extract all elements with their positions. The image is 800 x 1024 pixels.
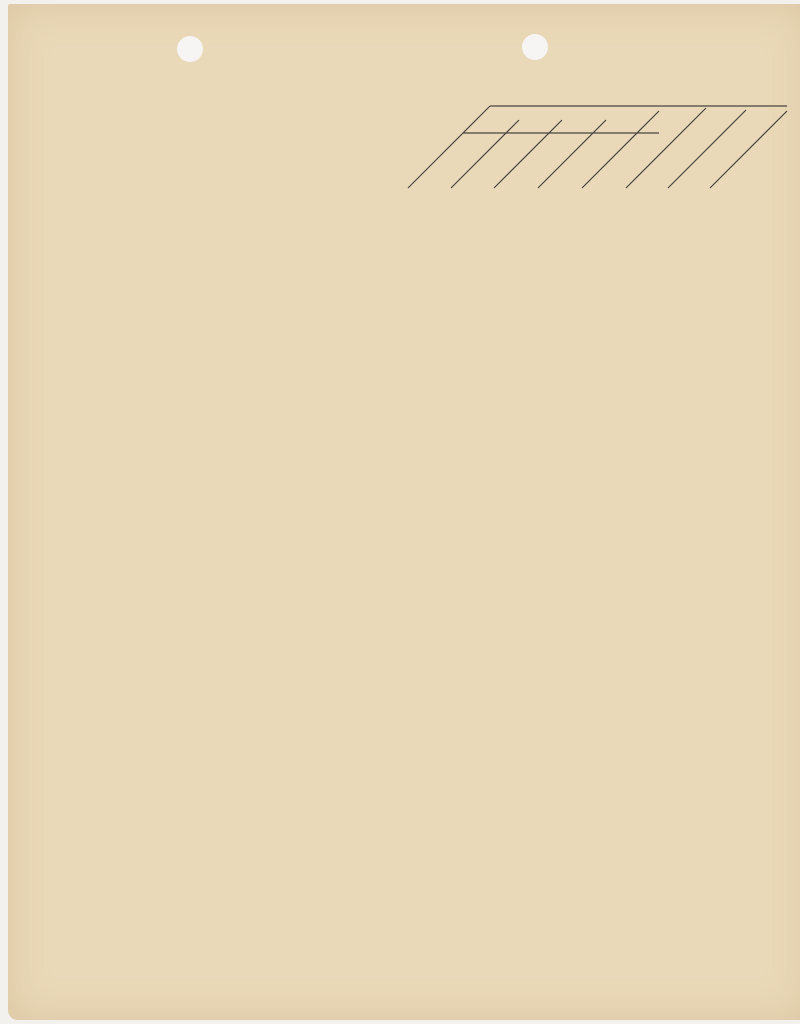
column-header-frame	[0, 0, 800, 200]
